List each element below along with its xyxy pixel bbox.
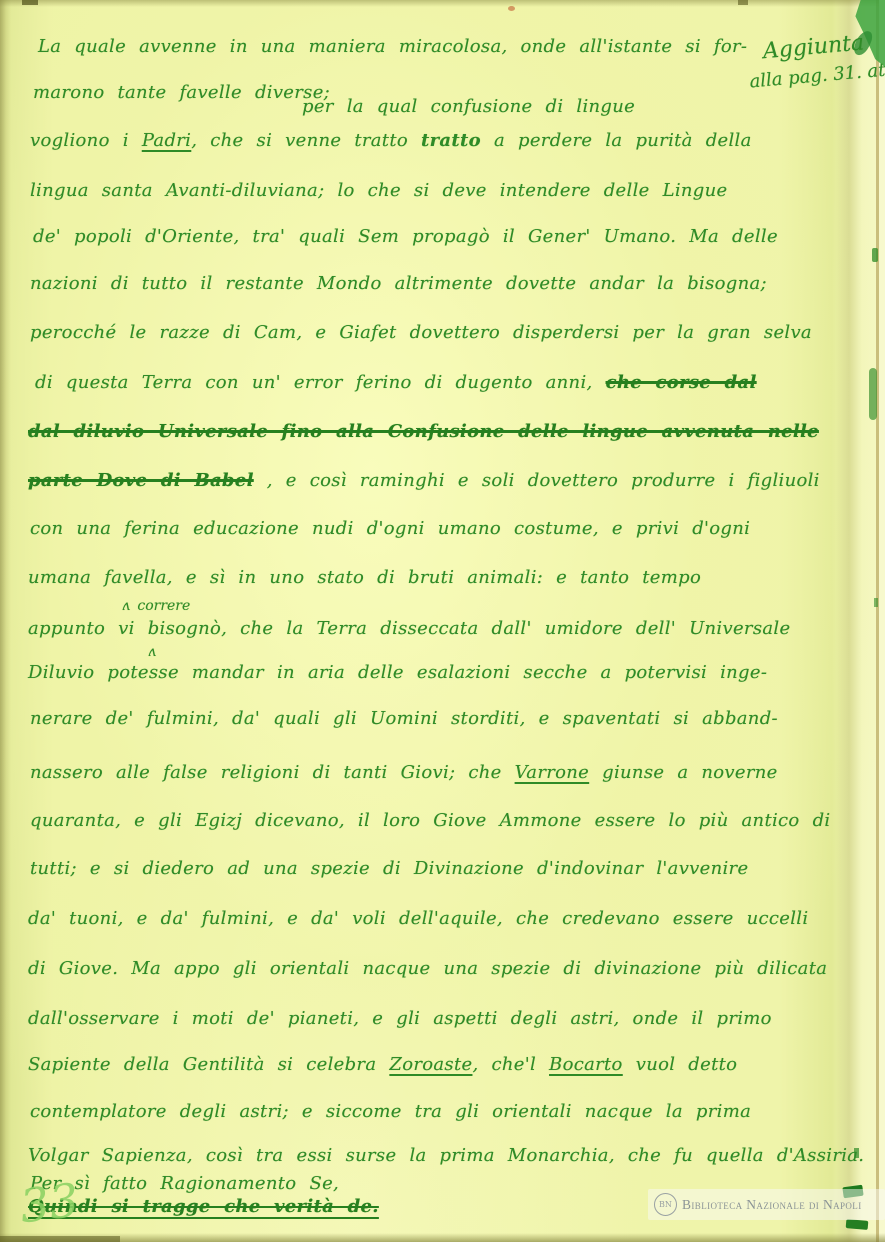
- manuscript-line: di Giove. Ma appo gli orientali nacque u…: [28, 958, 827, 979]
- manuscript-text-segment: , che si venne tratto: [191, 130, 421, 151]
- manuscript-text-segment: dall'osservare i moti de' pianeti, e gli…: [28, 1008, 772, 1029]
- manuscript-text-segment: umana favella, e sì in uno stato di brut…: [28, 567, 701, 588]
- manuscript-text-segment: ʌ correre: [122, 598, 190, 614]
- manuscript-line: contemplatore degli astri; e siccome tra…: [30, 1101, 751, 1122]
- manuscript-text-segment: giunse a noverne: [589, 762, 777, 783]
- manuscript-text-segment: ʌ: [148, 644, 156, 660]
- manuscript-line: ʌ: [148, 644, 156, 660]
- manuscript-text-segment: Bocarto: [549, 1054, 623, 1075]
- manuscript-line: Diluvio potesse mandar in aria delle esa…: [28, 662, 767, 683]
- manuscript-line: di questa Terra con un' error ferino di …: [35, 372, 757, 393]
- manuscript-line: de' popoli d'Oriente, tra' quali Sem pro…: [33, 226, 778, 247]
- manuscript-line: nerare de' fulmini, da' quali gli Uomini…: [30, 708, 778, 729]
- manuscript-line: vogliono i Padri, che si venne tratto tr…: [30, 130, 752, 151]
- manuscript-text-segment: vuol detto: [623, 1054, 738, 1075]
- manuscript-text-segment: dal diluvio Universale fino alla Confusi…: [28, 421, 819, 442]
- manuscript-text-segment: Quindi si tragge che verità de.: [28, 1196, 379, 1217]
- manuscript-line: tutti; e si diedero ad una spezie di Div…: [30, 858, 748, 879]
- bnn-logo-icon: BN: [654, 1193, 677, 1216]
- manuscript-line: nassero alle false religioni di tanti Gi…: [30, 762, 778, 783]
- page-number: 33: [17, 1177, 81, 1230]
- manuscript-text-segment: , e così raminghi e soli dovettero produ…: [254, 470, 820, 491]
- manuscript-text-segment: nazioni di tutto il restante Mondo altri…: [30, 273, 767, 294]
- manuscript-text-segment: quaranta, e gli Egizj dicevano, il loro …: [30, 810, 830, 831]
- manuscript-line: umana favella, e sì in uno stato di brut…: [28, 567, 701, 588]
- manuscript-text-segment: , che'l: [472, 1054, 549, 1075]
- manuscript-text-segment: di Giove. Ma appo gli orientali nacque u…: [28, 958, 827, 979]
- manuscript-line: La quale avvenne in una maniera miracolo…: [38, 36, 747, 57]
- manuscript-text-segment: a perdere la purità della: [481, 130, 752, 151]
- manuscript-line: lingua santa Avanti-diluviana; lo che si…: [30, 180, 727, 201]
- manuscript-text-segment: Diluvio potesse mandar in aria delle esa…: [28, 662, 767, 683]
- manuscript-line: per la qual confusione di lingue: [302, 96, 635, 117]
- manuscript-text-segment: contemplatore degli astri; e siccome tra…: [30, 1101, 751, 1122]
- bnn-logo-monogram: BN: [659, 1200, 672, 1209]
- manuscript-line: Sapiente della Gentilità si celebra Zoro…: [28, 1054, 737, 1075]
- manuscript-line: parte Dove di Babel , e così raminghi e …: [28, 470, 820, 491]
- manuscript-line: Volgar Sapienza, così tra essi surse la …: [28, 1145, 864, 1166]
- manuscript-text-segment: da' tuoni, e da' fulmini, e da' voli del…: [28, 908, 808, 929]
- manuscript-text-segment: appunto vi bisognò, che la Terra dissecc…: [28, 618, 790, 639]
- manuscript-text-segment: parte Dove di Babel: [28, 470, 254, 491]
- manuscript-line: marono tante favelle diverse;: [33, 82, 330, 103]
- manuscript-text-segment: lingua santa Avanti-diluviana; lo che si…: [30, 180, 727, 201]
- manuscript-line: perocché le razze di Cam, e Giafet dovet…: [30, 322, 812, 343]
- manuscript-line: dall'osservare i moti de' pianeti, e gli…: [28, 1008, 772, 1029]
- manuscript-page: La quale avvenne in una maniera miracolo…: [0, 0, 885, 1242]
- manuscript-line: appunto vi bisognò, che la Terra dissecc…: [28, 618, 790, 639]
- manuscript-line: con una ferina educazione nudi d'ogni um…: [30, 518, 750, 539]
- manuscript-text-segment: Sapiente della Gentilità si celebra: [28, 1054, 389, 1075]
- manuscript-text-segment: Volgar Sapienza, così tra essi surse la …: [28, 1145, 864, 1166]
- manuscript-text-segment: vogliono i: [30, 130, 142, 151]
- manuscript-text-segment: Zoroaste: [389, 1054, 472, 1075]
- manuscript-text-segment: de' popoli d'Oriente, tra' quali Sem pro…: [33, 226, 778, 247]
- manuscript-text-segment: con una ferina educazione nudi d'ogni um…: [30, 518, 750, 539]
- library-watermark: BN Biblioteca Nazionale di Napoli: [648, 1189, 885, 1220]
- manuscript-text-segment: marono tante favelle diverse;: [33, 82, 330, 103]
- manuscript-body: La quale avvenne in una maniera miracolo…: [0, 0, 885, 1242]
- manuscript-text-segment: nassero alle false religioni di tanti Gi…: [30, 762, 515, 783]
- manuscript-text-segment: tratto: [421, 130, 481, 151]
- manuscript-text-segment: Padri: [142, 130, 191, 151]
- watermark-label: Biblioteca Nazionale di Napoli: [682, 1197, 862, 1213]
- manuscript-text-segment: tutti; e si diedero ad una spezie di Div…: [30, 858, 748, 879]
- manuscript-line: Quindi si tragge che verità de.: [28, 1196, 379, 1217]
- manuscript-text-segment: di questa Terra con un' error ferino di …: [35, 372, 606, 393]
- manuscript-line: da' tuoni, e da' fulmini, e da' voli del…: [28, 908, 808, 929]
- manuscript-text-segment: nerare de' fulmini, da' quali gli Uomini…: [30, 708, 778, 729]
- manuscript-line: ʌ correre: [122, 598, 190, 614]
- manuscript-text-segment: perocché le razze di Cam, e Giafet dovet…: [30, 322, 812, 343]
- manuscript-line: nazioni di tutto il restante Mondo altri…: [30, 273, 767, 294]
- manuscript-text-segment: Varrone: [515, 762, 589, 783]
- manuscript-text-segment: che corse dal: [606, 372, 757, 393]
- manuscript-text-segment: per la qual confusione di lingue: [302, 96, 635, 117]
- manuscript-text-segment: La quale avvenne in una maniera miracolo…: [38, 36, 747, 57]
- manuscript-line: dal diluvio Universale fino alla Confusi…: [28, 421, 819, 442]
- manuscript-line: quaranta, e gli Egizj dicevano, il loro …: [30, 810, 830, 831]
